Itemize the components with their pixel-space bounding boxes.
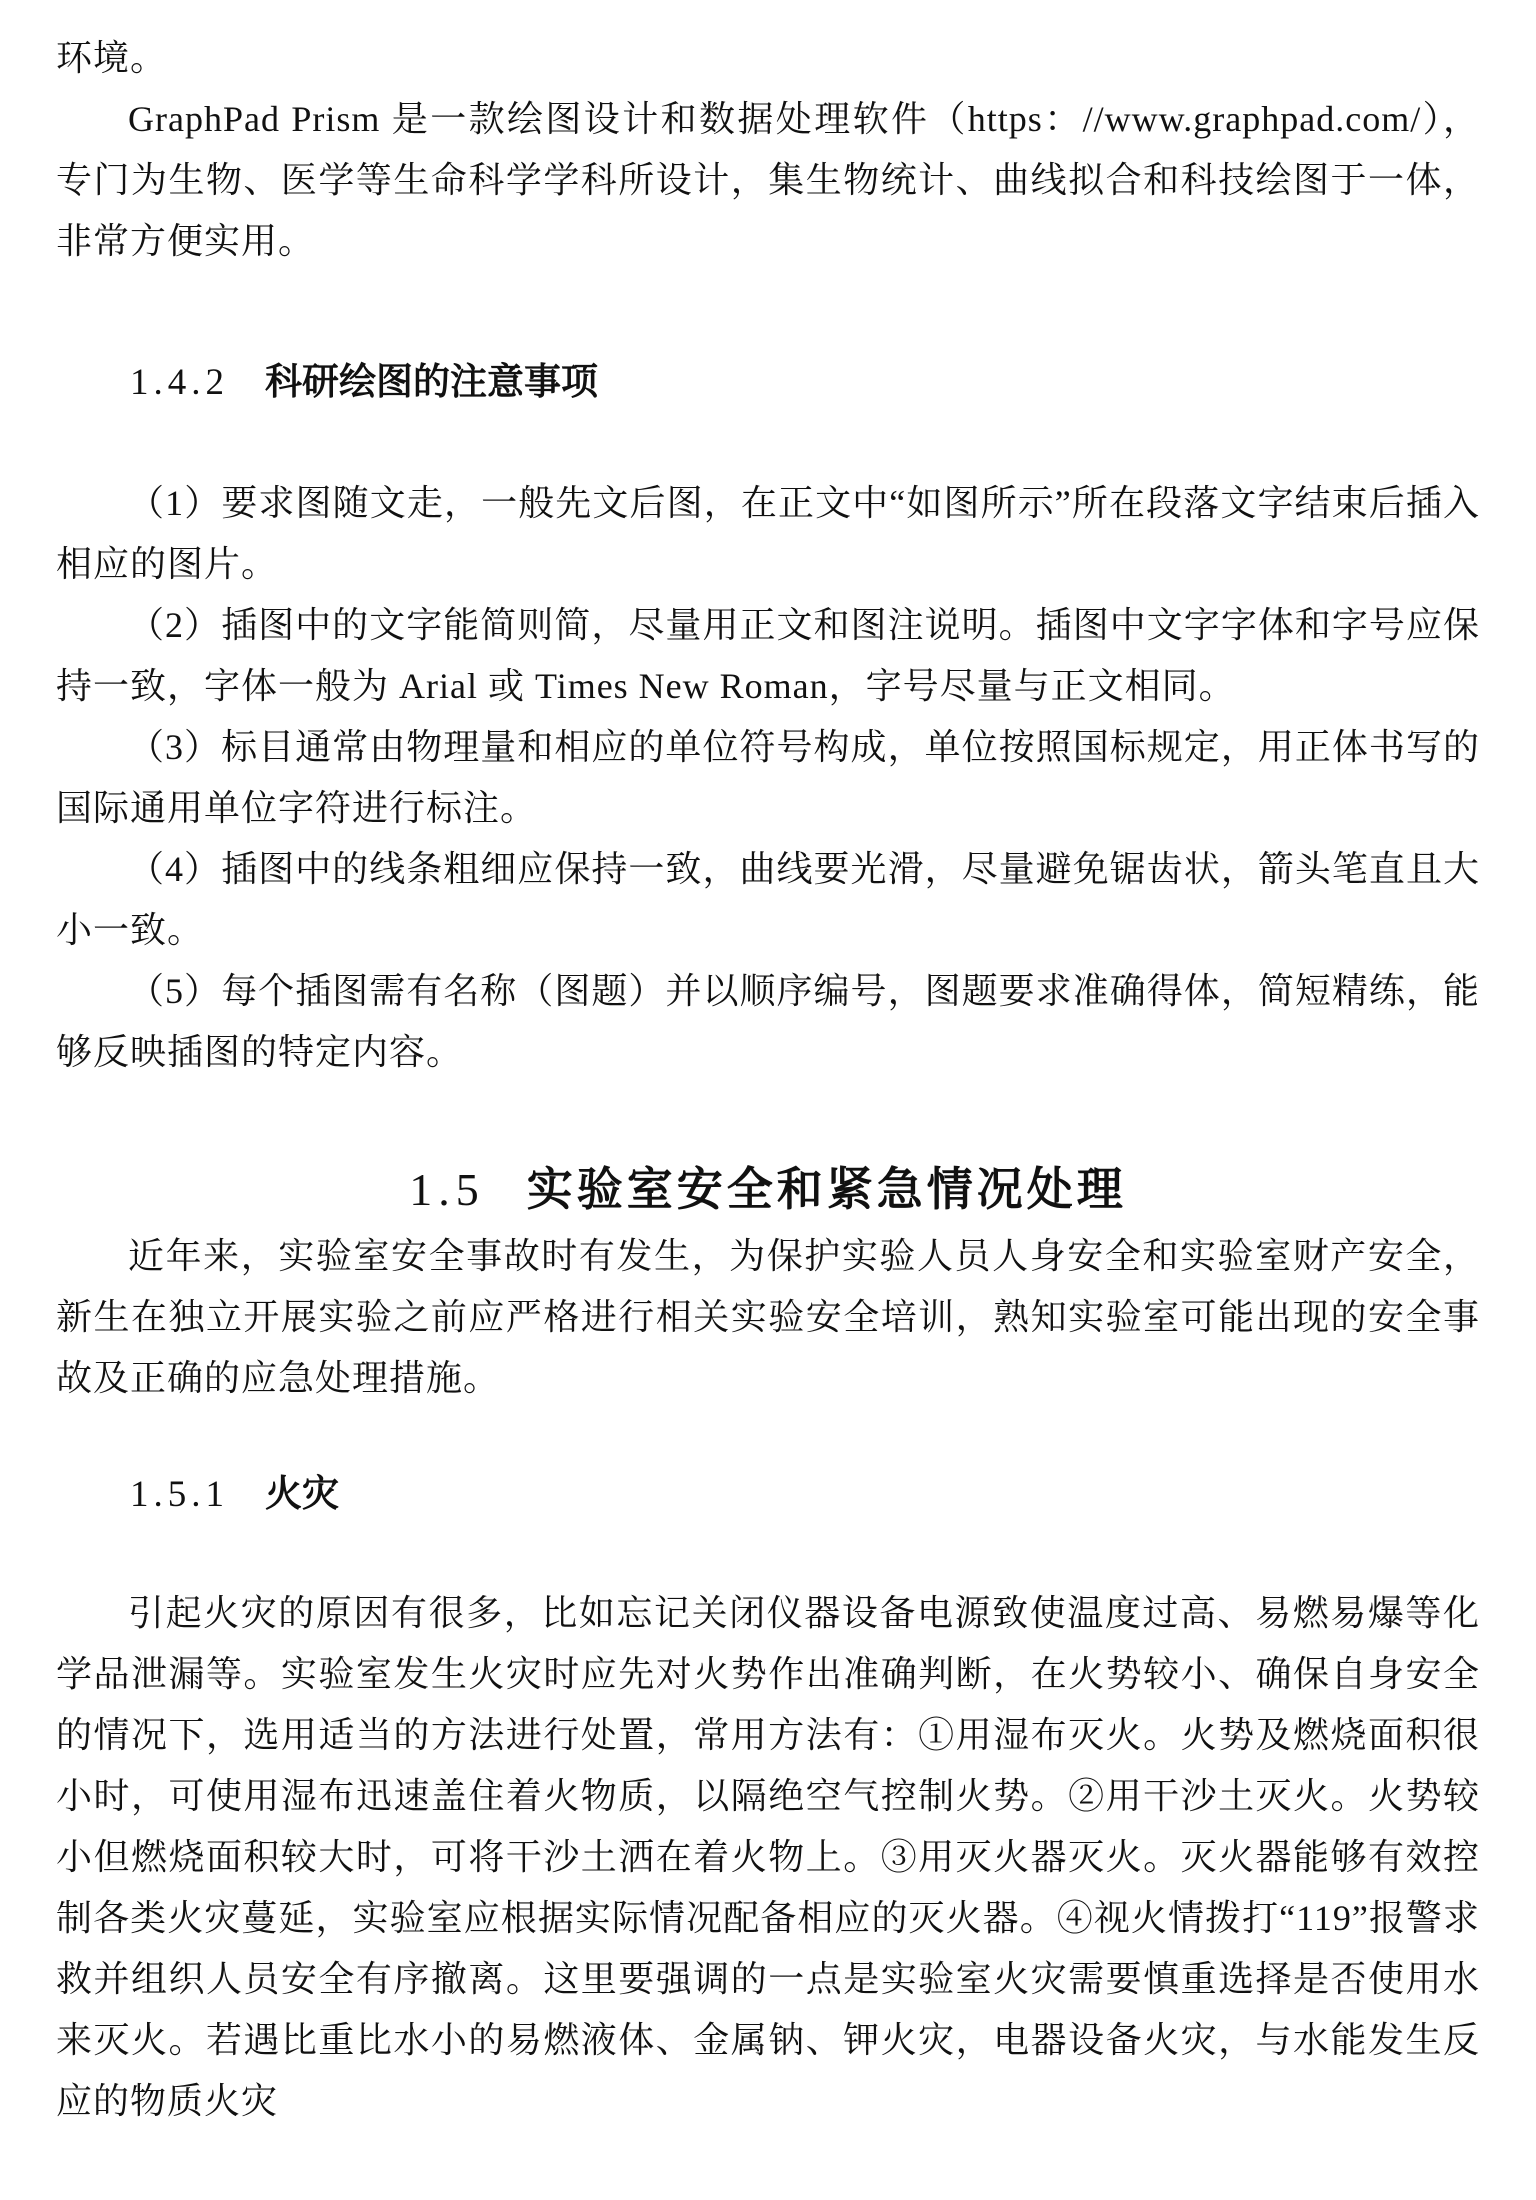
section-title: 实验室安全和紧急情况处理: [527, 1163, 1127, 1215]
section-title: 火灾: [265, 1473, 339, 1514]
note-item-4: （4）插图中的线条粗细应保持一致，曲线要光滑，尽量避免锯齿状，箭头笔直且大小一致…: [56, 839, 1480, 961]
paragraph-lab-safety-intro: 近年来，实验室安全事故时有发生，为保护实验人员人身安全和实验室财产安全，新生在独…: [56, 1226, 1480, 1409]
notes-list: （1）要求图随文走，一般先文后图，在正文中“如图所示”所在段落文字结束后插入相应…: [56, 473, 1480, 1083]
note-item-3: （3）标目通常由物理量和相应的单位符号构成，单位按照国标规定，用正体书写的国际通…: [56, 717, 1480, 839]
note-item-5: （5）每个插图需有名称（图题）并以顺序编号，图题要求准确得体，简短精练，能够反映…: [56, 961, 1480, 1083]
section-number: 1.5: [409, 1164, 485, 1215]
paragraph-fire-hazard: 引起火灾的原因有很多，比如忘记关闭仪器设备电源致使温度过高、易燃易爆等化学品泄漏…: [56, 1583, 1480, 2132]
section-title: 科研绘图的注意事项: [265, 361, 598, 402]
paragraph-graphpad-prism: GraphPad Prism 是一款绘图设计和数据处理软件（https：//ww…: [56, 89, 1480, 272]
section-heading-1-5-1: 1.5.1火灾: [56, 1464, 1480, 1525]
paragraph-environment-continuation: 环境。: [56, 28, 1480, 89]
note-item-1: （1）要求图随文走，一般先文后图，在正文中“如图所示”所在段落文字结束后插入相应…: [56, 473, 1480, 595]
section-number: 1.5.1: [130, 1474, 229, 1515]
section-heading-1-4-2: 1.4.2科研绘图的注意事项: [56, 352, 1480, 413]
section-heading-1-5: 1.5实验室安全和紧急情况处理: [56, 1153, 1480, 1226]
section-number: 1.4.2: [130, 362, 229, 403]
note-item-2: （2）插图中的文字能简则简，尽量用正文和图注说明。插图中文字字体和字号应保持一致…: [56, 595, 1480, 717]
document-page: 环境。 GraphPad Prism 是一款绘图设计和数据处理软件（https：…: [0, 0, 1536, 2200]
